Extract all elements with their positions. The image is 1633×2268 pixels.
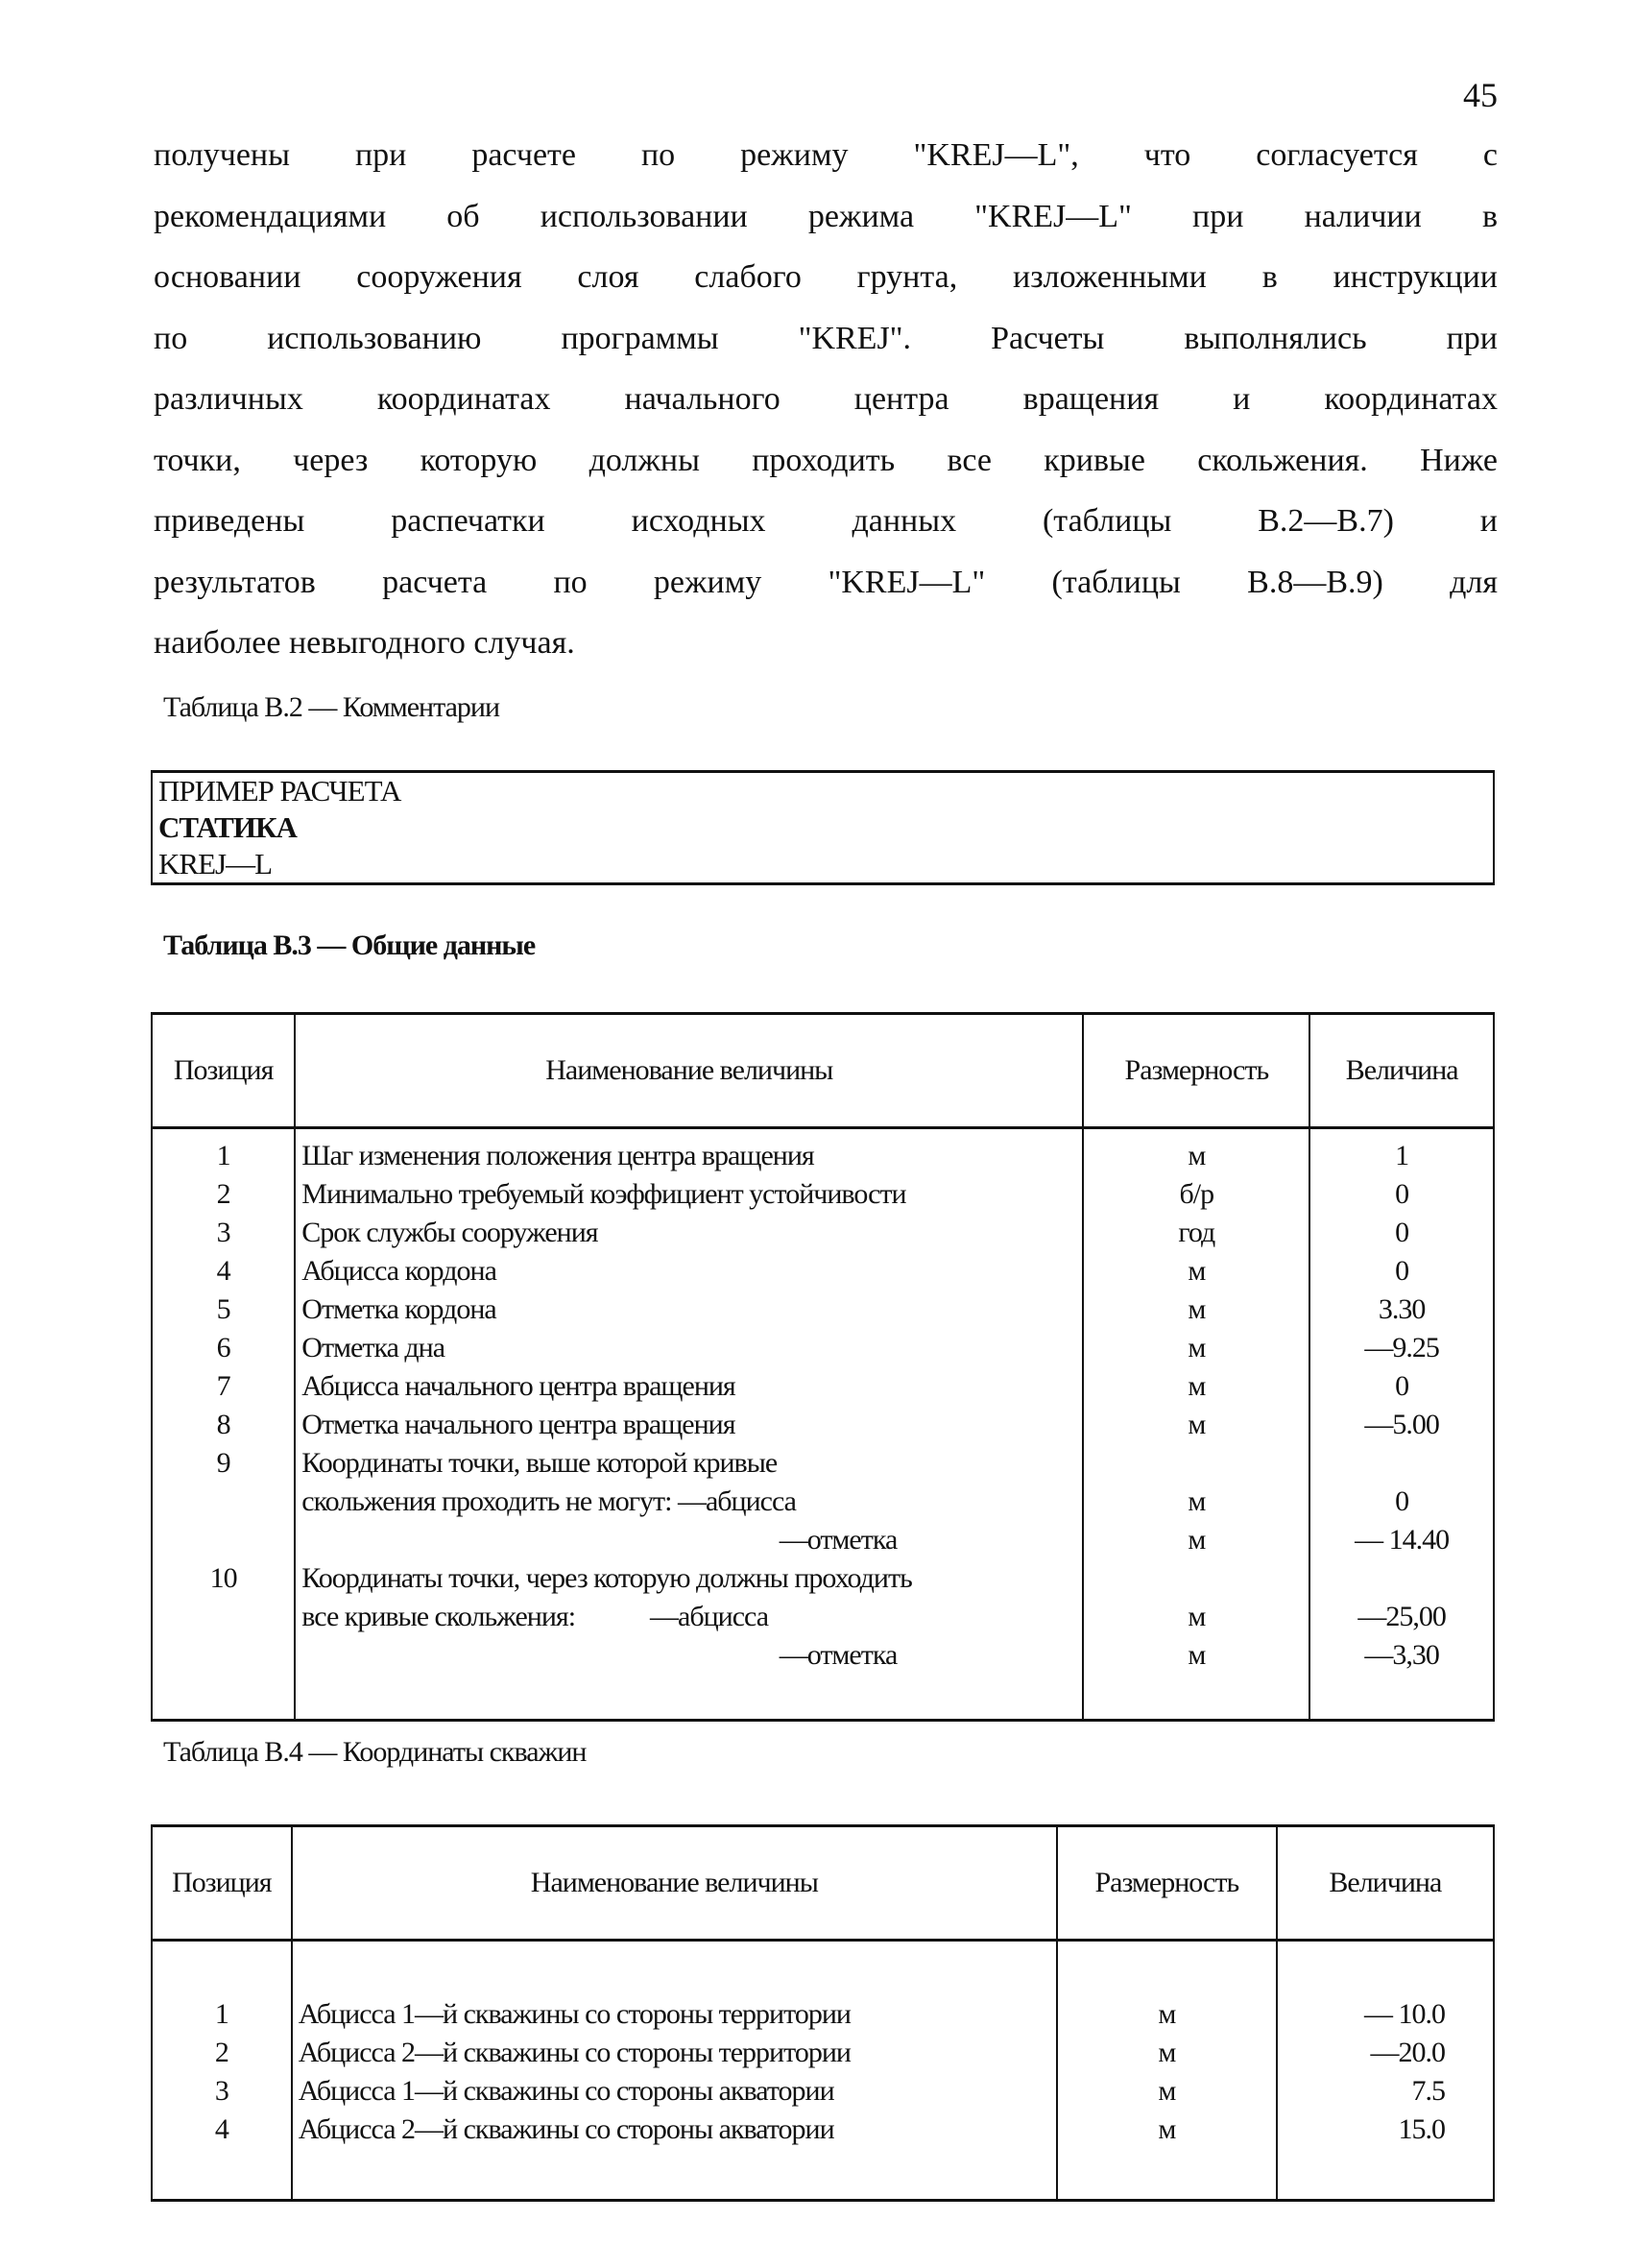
- value-cell: 15.0: [1277, 2111, 1494, 2149]
- unit-cell: м: [1083, 1406, 1309, 1444]
- unit-cell: б/р: [1083, 1175, 1309, 1214]
- value-cell: —3,30: [1309, 1636, 1494, 1675]
- paragraph-line: по использованию программы "KREJ". Расче…: [154, 308, 1498, 370]
- name-cell: Абцисса кордона: [295, 1252, 1083, 1291]
- table-row: 1Абцисса 1—й скважины со стороны террито…: [152, 1995, 1494, 2034]
- column-header: Наименование величины: [295, 1014, 1083, 1128]
- position-cell: 1: [152, 1995, 292, 2034]
- table-row: все кривые скольжения: —абциссам—25,00: [152, 1598, 1494, 1636]
- unit-cell: м: [1057, 2072, 1277, 2111]
- value-cell: —5.00: [1309, 1406, 1494, 1444]
- body-paragraph: получены при расчете по режиму "KREJ—L",…: [154, 125, 1498, 674]
- table-b4-well-coordinates: Позиция Наименование величины Размерност…: [151, 1824, 1495, 2202]
- unit-cell: [1083, 1559, 1309, 1598]
- value-cell: 0: [1309, 1214, 1494, 1252]
- unit-cell: м: [1083, 1367, 1309, 1406]
- table-row: 5Отметка кордонам3.30: [152, 1291, 1494, 1329]
- unit-cell: м: [1083, 1483, 1309, 1521]
- position-cell: 6: [152, 1329, 295, 1367]
- position-cell: 4: [152, 2111, 292, 2149]
- table-row: 7Абцисса начального центра вращениям0: [152, 1367, 1494, 1406]
- position-cell: [152, 1483, 295, 1521]
- table-b4-caption: Таблица В.4 — Координаты скважин: [163, 1736, 586, 1769]
- position-cell: [152, 1636, 295, 1675]
- value-cell: 7.5: [1277, 2072, 1494, 2111]
- position-cell: 8: [152, 1406, 295, 1444]
- column-header: Позиция: [152, 1826, 292, 1941]
- column-header: Размерность: [1083, 1014, 1309, 1128]
- name-cell: Отметка начального центра вращения: [295, 1406, 1083, 1444]
- table-b2-caption: Таблица В.2 — Комментарии: [163, 691, 499, 724]
- paragraph-line: приведены распечатки исходных данных (та…: [154, 491, 1498, 552]
- name-cell: —отметка: [295, 1636, 1083, 1675]
- name-cell: Отметка дна: [295, 1329, 1083, 1367]
- position-cell: 3: [152, 1214, 295, 1252]
- table-row: 2Абцисса 2—й скважины со стороны террито…: [152, 2034, 1494, 2072]
- table-b3-caption: Таблица В.3 — Общие данные: [163, 929, 535, 962]
- position-cell: [152, 1598, 295, 1636]
- table-b3-general-data: Позиция Наименование величины Размерност…: [151, 1012, 1495, 1722]
- table-row: 9Координаты точки, выше которой кривые: [152, 1444, 1494, 1483]
- name-cell: Абцисса начального центра вращения: [295, 1367, 1083, 1406]
- table-b2-comments-box: ПРИМЕР РАСЧЕТА СТАТИКА KREJ—L: [151, 770, 1495, 885]
- table-row: скольжения проходить не могут: —абциссам…: [152, 1483, 1494, 1521]
- value-cell: [1309, 1559, 1494, 1598]
- value-cell: —9.25: [1309, 1329, 1494, 1367]
- value-cell: 0: [1309, 1367, 1494, 1406]
- column-header: Позиция: [152, 1014, 295, 1128]
- unit-cell: м: [1083, 1291, 1309, 1329]
- name-cell: Абцисса 2—й скважины со стороны территор…: [292, 2034, 1057, 2072]
- position-cell: 4: [152, 1252, 295, 1291]
- table-row: 2Минимально требуемый коэффициент устойч…: [152, 1175, 1494, 1214]
- page-number: 45: [1440, 75, 1498, 115]
- table-row: 3Срок службы сооружениягод0: [152, 1214, 1494, 1252]
- position-cell: 3: [152, 2072, 292, 2111]
- name-cell: Координаты точки, через которую должны п…: [295, 1559, 1083, 1598]
- table-row: 4Абцисса 2—й скважины со стороны акватор…: [152, 2111, 1494, 2149]
- column-header: Размерность: [1057, 1826, 1277, 1941]
- column-header: Наименование величины: [292, 1826, 1057, 1941]
- value-cell: — 10.0: [1277, 1995, 1494, 2034]
- value-cell: —20.0: [1277, 2034, 1494, 2072]
- name-cell: скольжения проходить не могут: —абцисса: [295, 1483, 1083, 1521]
- comment-line: KREJ—L: [158, 846, 1493, 882]
- unit-cell: м: [1083, 1137, 1309, 1175]
- column-header: Величина: [1277, 1826, 1494, 1941]
- position-cell: 10: [152, 1559, 295, 1598]
- name-cell: Абцисса 1—й скважины со стороны территор…: [292, 1995, 1057, 2034]
- position-cell: 2: [152, 2034, 292, 2072]
- position-cell: 1: [152, 1137, 295, 1175]
- table-row: —отметкам— 14.40: [152, 1521, 1494, 1559]
- unit-cell: м: [1083, 1636, 1309, 1675]
- name-cell: Абцисса 1—й скважины со стороны акватори…: [292, 2072, 1057, 2111]
- unit-cell: м: [1057, 2034, 1277, 2072]
- value-cell: [1309, 1444, 1494, 1483]
- unit-cell: м: [1057, 1995, 1277, 2034]
- table-row: —отметкам—3,30: [152, 1636, 1494, 1675]
- unit-cell: [1083, 1444, 1309, 1483]
- unit-cell: м: [1083, 1329, 1309, 1367]
- position-cell: 5: [152, 1291, 295, 1329]
- paragraph-line: различных координатах начального центра …: [154, 369, 1498, 430]
- value-cell: — 14.40: [1309, 1521, 1494, 1559]
- position-cell: 9: [152, 1444, 295, 1483]
- paragraph-line: основании сооружения слоя слабого грунта…: [154, 247, 1498, 308]
- unit-cell: год: [1083, 1214, 1309, 1252]
- table-row: 3Абцисса 1—й скважины со стороны акватор…: [152, 2072, 1494, 2111]
- name-cell: Отметка кордона: [295, 1291, 1083, 1329]
- unit-cell: м: [1083, 1598, 1309, 1636]
- name-cell: —отметка: [295, 1521, 1083, 1559]
- unit-cell: м: [1083, 1252, 1309, 1291]
- column-header: Величина: [1309, 1014, 1494, 1128]
- position-cell: 2: [152, 1175, 295, 1214]
- unit-cell: м: [1057, 2111, 1277, 2149]
- table-row: 4Абцисса кордонам0: [152, 1252, 1494, 1291]
- table-row: 10Координаты точки, через которую должны…: [152, 1559, 1494, 1598]
- paragraph-line: точки, через которую должны проходить вс…: [154, 430, 1498, 492]
- unit-cell: м: [1083, 1521, 1309, 1559]
- comment-line: СТАТИКА: [158, 809, 1493, 846]
- value-cell: —25,00: [1309, 1598, 1494, 1636]
- value-cell: 3.30: [1309, 1291, 1494, 1329]
- name-cell: Срок службы сооружения: [295, 1214, 1083, 1252]
- position-cell: [152, 1521, 295, 1559]
- value-cell: 0: [1309, 1175, 1494, 1214]
- table-row: 1Шаг изменения положения центра вращения…: [152, 1137, 1494, 1175]
- name-cell: Координаты точки, выше которой кривые: [295, 1444, 1083, 1483]
- value-cell: 0: [1309, 1252, 1494, 1291]
- name-cell: Минимально требуемый коэффициент устойчи…: [295, 1175, 1083, 1214]
- name-cell: Шаг изменения положения центра вращения: [295, 1137, 1083, 1175]
- paragraph-line: получены при расчете по режиму "KREJ—L",…: [154, 125, 1498, 186]
- name-cell: Абцисса 2—й скважины со стороны акватори…: [292, 2111, 1057, 2149]
- name-cell: все кривые скольжения: —абцисса: [295, 1598, 1083, 1636]
- position-cell: 7: [152, 1367, 295, 1406]
- paragraph-line: рекомендациями об использовании режима "…: [154, 186, 1498, 248]
- table-row: 8Отметка начального центра вращениям—5.0…: [152, 1406, 1494, 1444]
- value-cell: 0: [1309, 1483, 1494, 1521]
- comment-line: ПРИМЕР РАСЧЕТА: [158, 773, 1493, 809]
- paragraph-line: результатов расчета по режиму "KREJ—L" (…: [154, 552, 1498, 614]
- value-cell: 1: [1309, 1137, 1494, 1175]
- paragraph-line: наиболее невыгодного случая.: [154, 613, 1498, 674]
- table-row: 6Отметка днам—9.25: [152, 1329, 1494, 1367]
